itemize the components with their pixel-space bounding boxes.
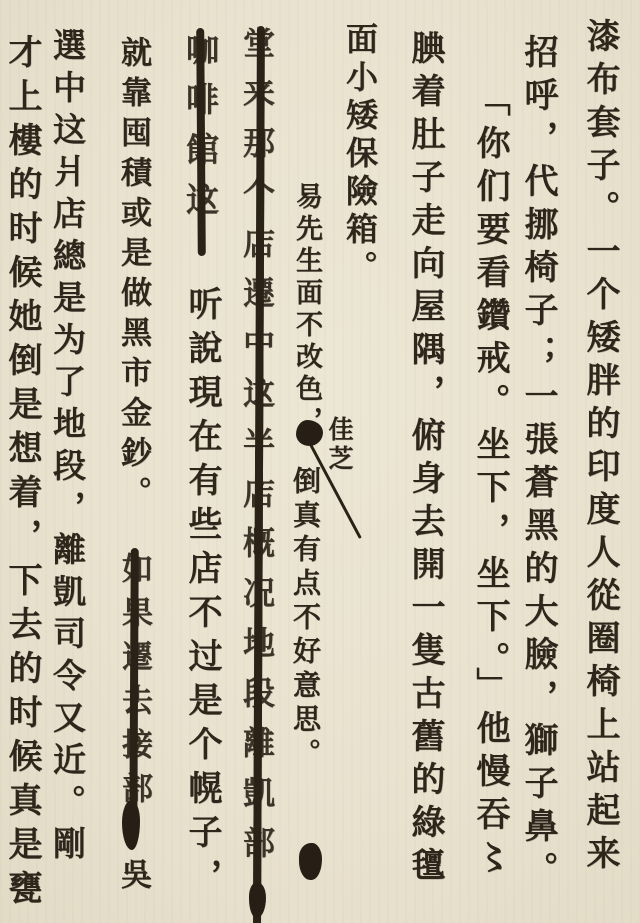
manuscript-column-10: 選中这爿店總是为了地段，離凱司令又近。剛 [51, 28, 84, 868]
manuscript-page: 漆布套子。一个矮胖的印度人從圈椅上站起来 招呼，代挪椅子；一張蒼黑的大臉，獅子鼻… [0, 0, 640, 923]
manuscript-column-6-after-deletion: 倒真有点不好意思。 [291, 466, 319, 772]
manuscript-column-9: 就靠囤積或是做黑市金鈔。 [117, 36, 148, 516]
manuscript-column-3: ﹁你们要看鑽戒。坐下，坐下。﹂他慢吞〻 [473, 82, 507, 882]
manuscript-column-4: 腆着肚子走向屋隅，俯身去開一隻古舊的綠氊 [408, 30, 442, 890]
ink-deletion-blob-column-7-end [249, 882, 266, 918]
manuscript-column-8: 听說現在有些店不过是个幌子， [185, 286, 219, 902]
ink-deletion-blob-2 [299, 843, 322, 880]
strikethrough-line-column-8 [196, 28, 206, 256]
manuscript-column-2: 招呼，代挪椅子；一張蒼黑的大臉，獅子鼻。 [521, 34, 555, 894]
manuscript-column-9-tail-char: 吳 [117, 858, 148, 889]
manuscript-column-6-before-deletion: 易先生面不改色， [293, 182, 320, 438]
manuscript-column-11: 才上樓的时候她倒是想着，下去的时候真是甕 [5, 34, 39, 914]
manuscript-column-5: 面小矮保險箱。 [344, 22, 376, 288]
ink-deletion-blob-1 [296, 420, 323, 446]
ink-deletion-blob-column-9-end [122, 800, 140, 850]
manuscript-column-1: 漆布套子。一个矮胖的印度人從圈椅上站起来 [583, 18, 617, 878]
inserted-correction-text: 佳芝 [327, 416, 352, 474]
